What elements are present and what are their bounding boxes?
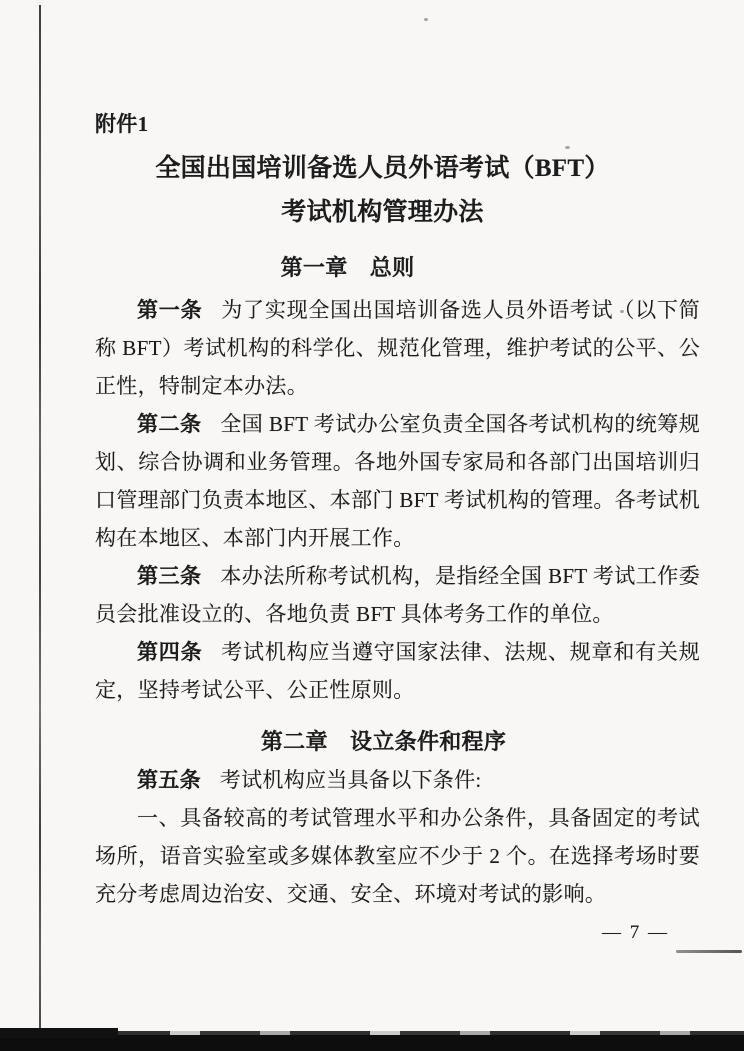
document-title: 全国出国培训备选人员外语考试（BFT） 考试机构管理办法 xyxy=(80,147,685,235)
scanned-document-page: 附件1 全国出国培训备选人员外语考试（BFT） 考试机构管理办法 第一章 总则 … xyxy=(0,0,744,1051)
article-5-text: 考试机构应当具备以下条件: xyxy=(220,768,482,792)
scan-edge-left-line xyxy=(39,5,41,1037)
article-1-paragraph: 第一条为了实现全国出国培训备选人员外语考试（以下简称 BFT）考试机构的科学化、… xyxy=(95,291,700,405)
attachment-label: 附件1 xyxy=(95,105,700,143)
scan-speck-3 xyxy=(620,310,624,313)
article-3-paragraph: 第三条本办法所称考试机构，是指经全国 BFT 考试工作委员会批准设立的、各地负责… xyxy=(95,557,700,633)
article-5-paragraph: 第五条考试机构应当具备以下条件: xyxy=(95,761,700,799)
article-5-item-1-paragraph: 一、具备较高的考试管理水平和办公条件，具备固定的考试场所，语音实验室或多媒体教室… xyxy=(95,799,700,913)
article-5-label: 第五条 xyxy=(137,768,201,792)
scan-speck-1 xyxy=(424,18,428,21)
document-content: 附件1 全国出国培训备选人员外语考试（BFT） 考试机构管理办法 第一章 总则 … xyxy=(95,105,700,913)
article-5-item-1-text: 一、具备较高的考试管理水平和办公条件，具备固定的考试场所，语音实验室或多媒体教室… xyxy=(95,806,700,906)
article-2-paragraph: 第二条全国 BFT 考试办公室负责全国各考试机构的统筹规划、综合协调和业务管理。… xyxy=(95,405,700,557)
document-title-line2: 考试机构管理办法 xyxy=(80,191,685,235)
chapter-2-heading: 第二章 设立条件和程序 xyxy=(81,723,686,761)
article-4-label: 第四条 xyxy=(137,640,202,664)
chapter-1-heading: 第一章 总则 xyxy=(45,249,650,287)
article-2-label: 第二条 xyxy=(137,412,201,436)
scan-speck-2 xyxy=(565,146,570,149)
scan-smudge-bottom-right xyxy=(676,950,742,953)
article-1-label: 第一条 xyxy=(137,298,202,322)
scan-edge-bottom-left-bar xyxy=(0,1028,118,1038)
document-title-line1: 全国出国培训备选人员外语考试（BFT） xyxy=(80,147,685,191)
page-number: — 7 — xyxy=(602,922,669,944)
article-4-paragraph: 第四条考试机构应当遵守国家法律、法规、规章和有关规定，坚持考试公平、公正性原则。 xyxy=(95,633,700,709)
article-3-label: 第三条 xyxy=(137,564,201,588)
